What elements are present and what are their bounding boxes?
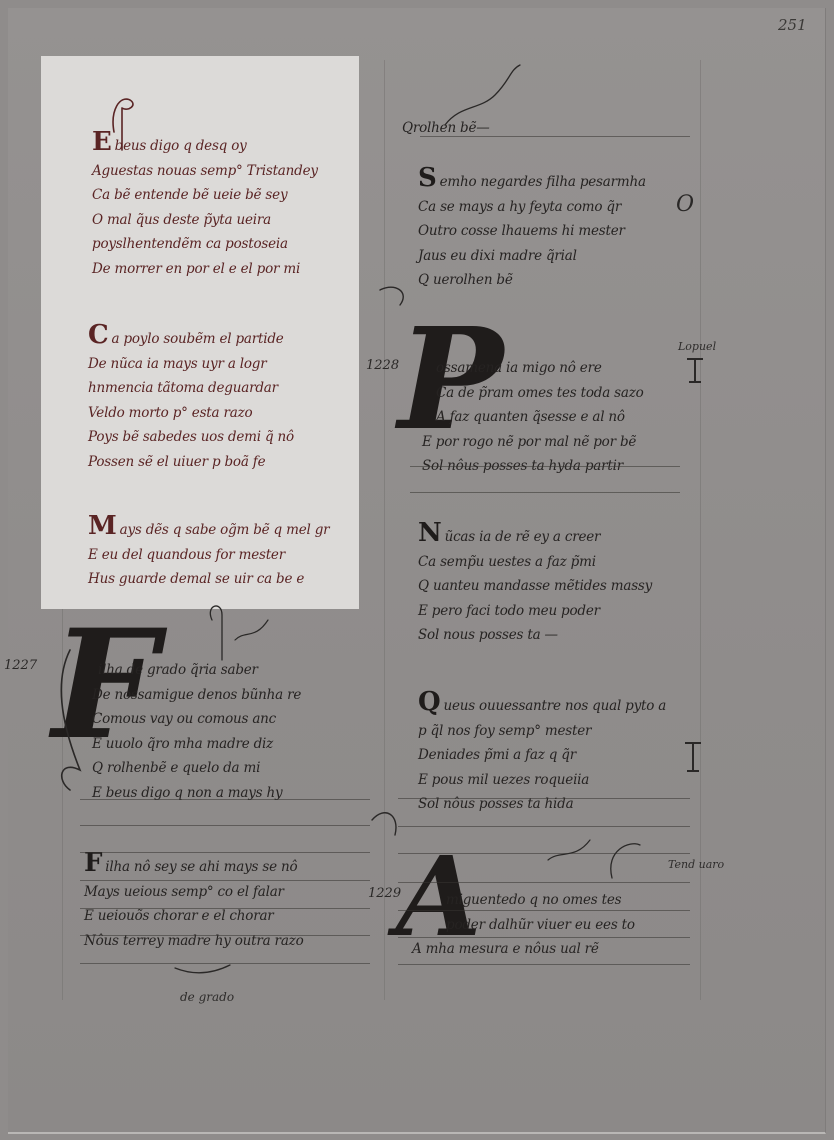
manuscript-page: 251 Ebeus digo q desq oy Aguestas nouas … (0, 0, 834, 1140)
pen-flourishes (0, 0, 834, 1140)
